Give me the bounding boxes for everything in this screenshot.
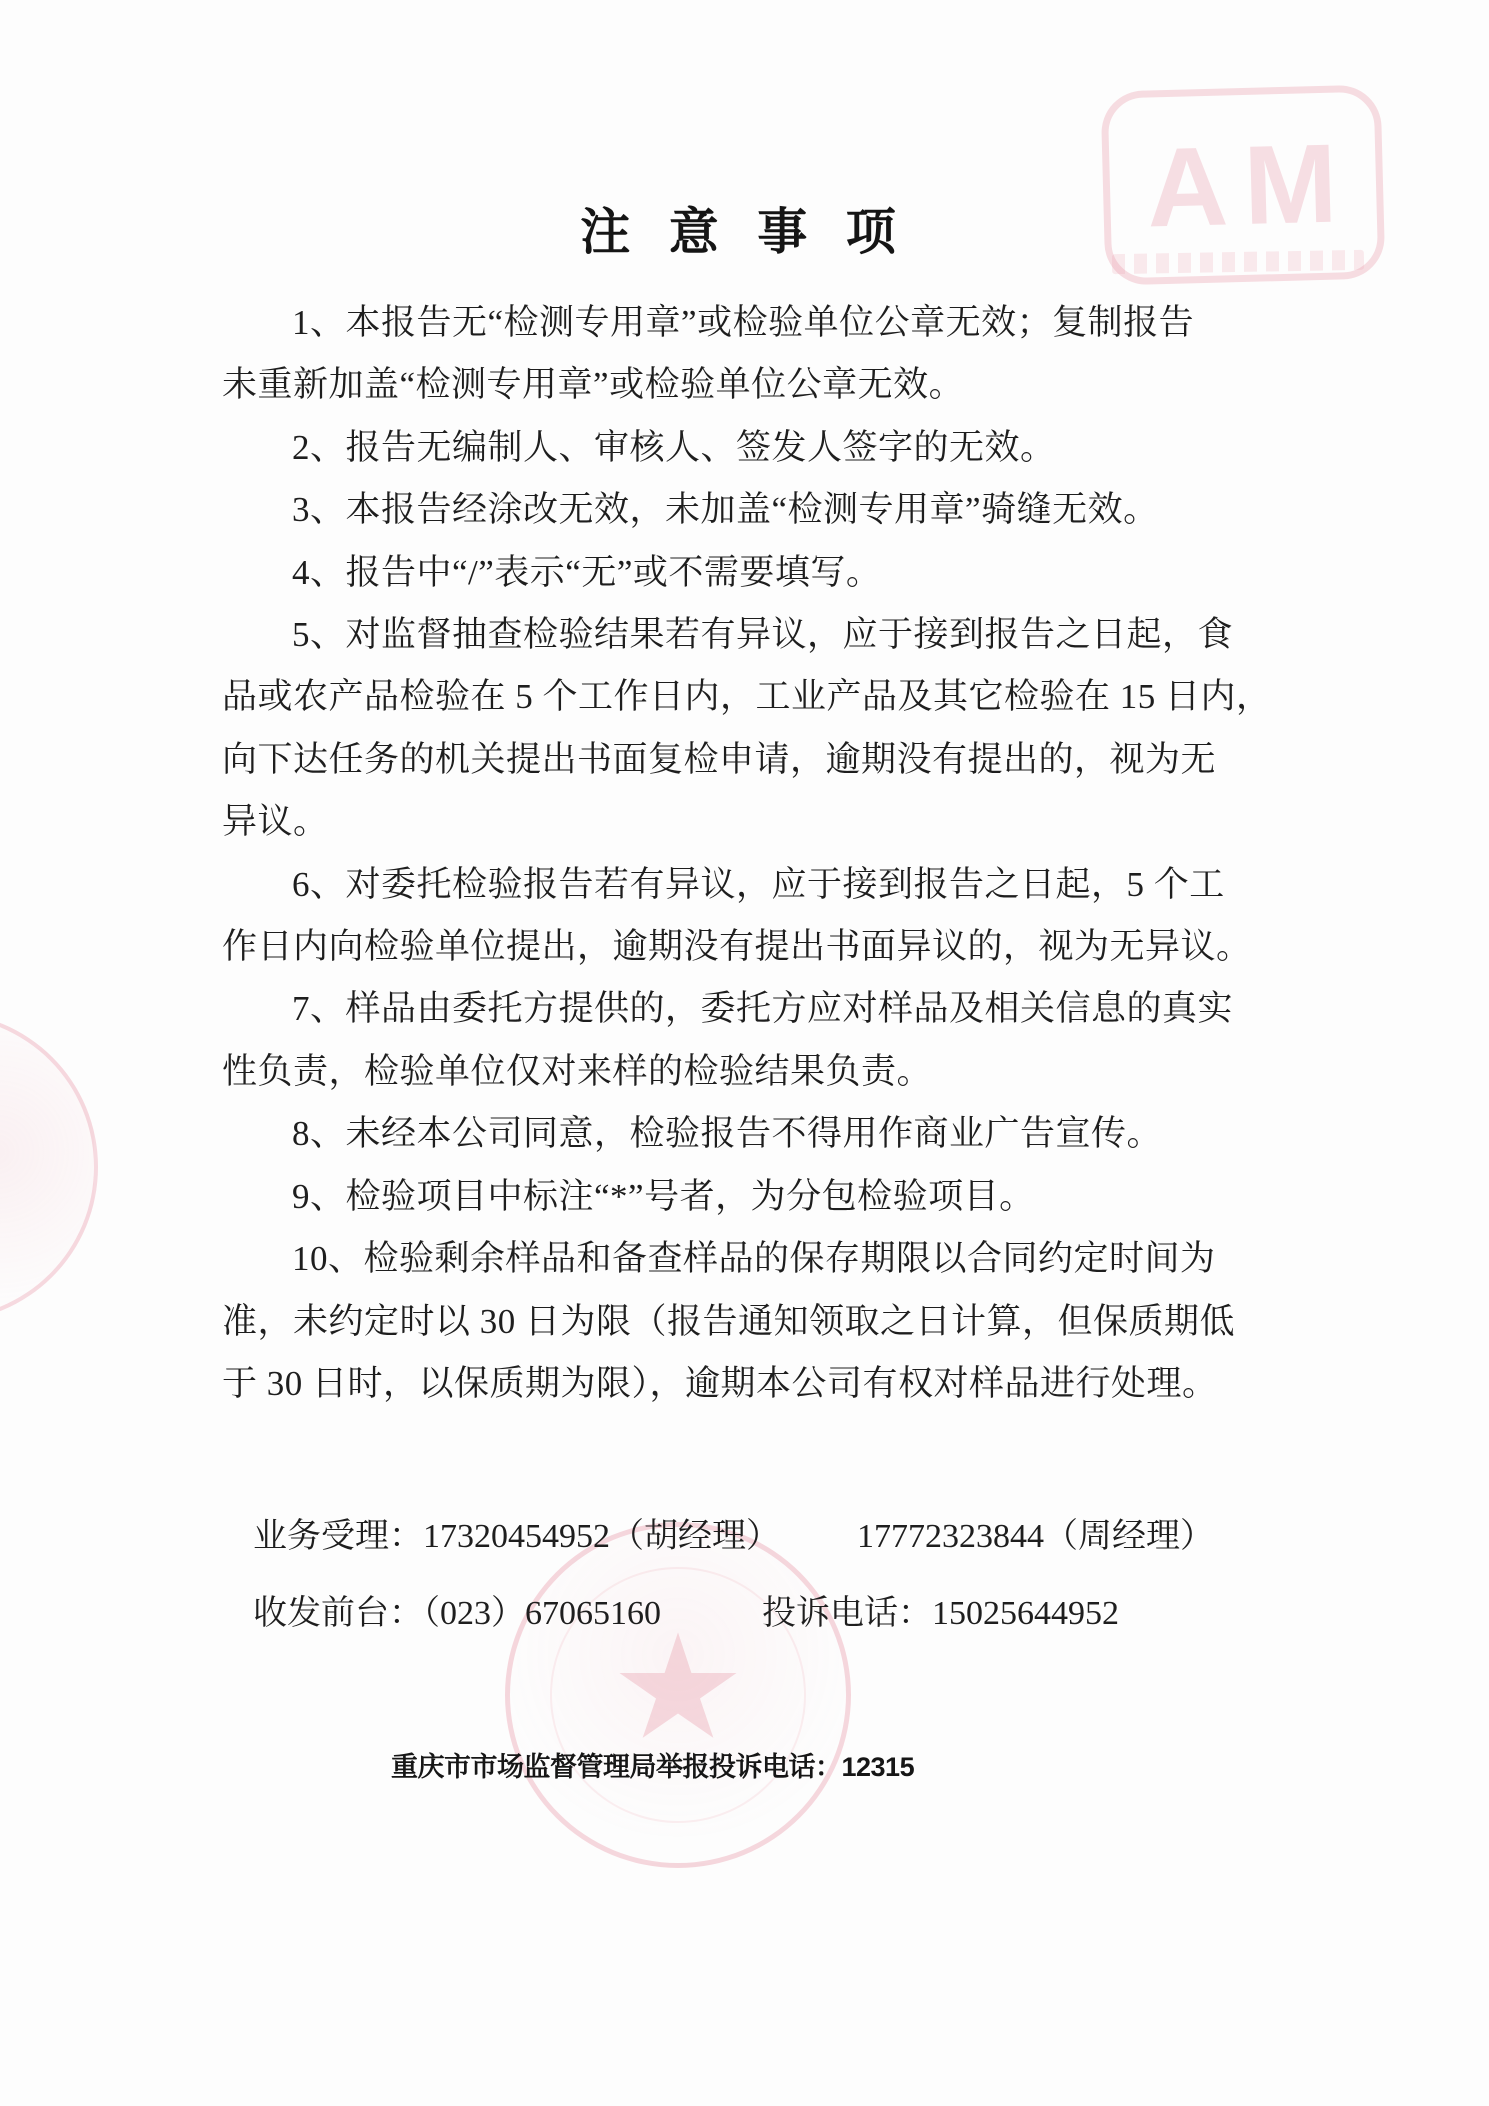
- notice-line: 作日内向检验单位提出，逾期没有提出书面异议的，视为无异议。: [222, 916, 1278, 978]
- notice-line: 8、未经本公司同意，检验报告不得用作商业广告宣传。: [222, 1103, 1278, 1165]
- contact-line-business: 业务受理：17320454952（胡经理） 17772323844（周经理）: [222, 1506, 1278, 1568]
- notice-line: 5、对监督抽查检验结果若有异议，应于接到报告之日起，食: [222, 604, 1278, 666]
- page-title: 注 意 事 项: [0, 192, 1489, 264]
- notice-line: 品或农产品检验在 5 个工作日内，工业产品及其它检验在 15 日内，: [222, 666, 1278, 728]
- notice-line: 3、本报告经涂改无效，未加盖“检测专用章”骑缝无效。: [222, 479, 1278, 541]
- business-phone-right: 17772323844（周经理）: [857, 1506, 1214, 1568]
- notice-line: 向下达任务的机关提出书面复检申请，逾期没有提出的，视为无: [222, 729, 1278, 791]
- bottom-round-seal-stamp: [505, 1522, 851, 1868]
- notice-line: 9、检验项目中标注“*”号者，为分包检验项目。: [222, 1166, 1278, 1228]
- notice-line: 准，未约定时以 30 日为限（报告通知领取之日计算，但保质期低: [222, 1291, 1278, 1353]
- notice-line: 性负责，检验单位仅对来样的检验结果负责。: [222, 1041, 1278, 1103]
- notice-line: 于 30 日时，以保质期为限），逾期本公司有权对样品进行处理。: [222, 1353, 1278, 1415]
- notice-line: 6、对委托检验报告若有异议，应于接到报告之日起，5 个工: [222, 854, 1278, 916]
- notice-line: 7、样品由委托方提供的，委托方应对样品及相关信息的真实: [222, 978, 1278, 1040]
- complaint-phone: 投诉电话：15025644952: [762, 1583, 1119, 1645]
- business-phone-left: 业务受理：17320454952（胡经理）: [222, 1518, 780, 1555]
- notice-body: 1、本报告无“检测专用章”或检验单位公章无效；复制报告 未重新加盖“检测专用章”…: [222, 292, 1278, 1415]
- left-edge-round-stamp: [0, 1012, 98, 1322]
- regulator-hotline: 重庆市市场监督管理局举报投诉电话：12315: [391, 1742, 914, 1792]
- contact-line-frontdesk: 收发前台：（023）67065160 投诉电话：15025644952: [222, 1583, 1278, 1645]
- notice-line: 1、本报告无“检测专用章”或检验单位公章无效；复制报告: [222, 292, 1278, 354]
- notice-line: 4、报告中“/”表示“无”或不需要填写。: [222, 542, 1278, 604]
- notice-line: 异议。: [222, 791, 1278, 853]
- notice-line: 2、报告无编制人、审核人、签发人签字的无效。: [222, 417, 1278, 479]
- notice-page: AM 注 意 事 项 1、本报告无“检测专用章”或检验单位公章无效；复制报告 未…: [0, 0, 1489, 2106]
- notice-line: 10、检验剩余样品和备查样品的保存期限以合同约定时间为: [222, 1228, 1278, 1290]
- frontdesk-phone: 收发前台：（023）67065160: [222, 1595, 661, 1632]
- notice-line: 未重新加盖“检测专用章”或检验单位公章无效。: [222, 354, 1278, 416]
